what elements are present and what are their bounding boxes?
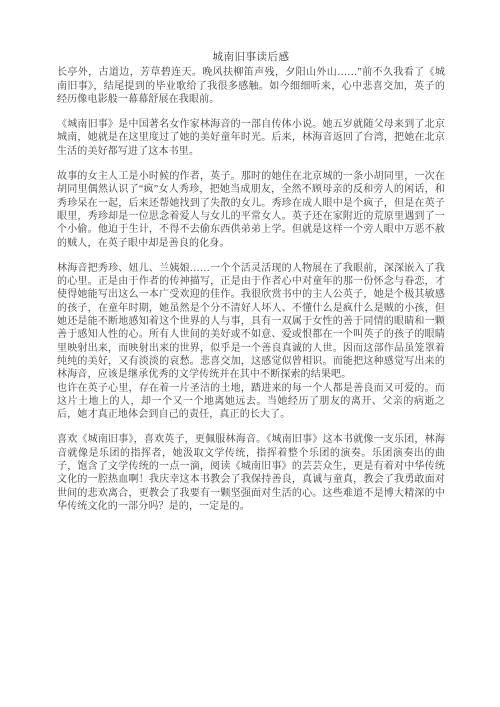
paragraph-story-summary: 故事的女主人工是小时候的作者，英子。那时的她住在北京城的一条小胡同里，一次在胡同… xyxy=(57,170,445,250)
document-title: 城南旧事读后感 xyxy=(57,51,445,64)
paragraph-book-background: 《城南旧事》是中国著名女作家林海音的一部自传体小说。她五岁就随父母来到了北京城南… xyxy=(57,118,445,158)
paragraph-conclusion: 喜欢《城南旧事》，喜欢英子，更佩服林海音。《城南旧事》这本书就像一支乐团，林海音… xyxy=(57,433,445,513)
document-page: 城南旧事读后感 长亭外，古道边，芳草碧连天。晚风扶柳笛声残，夕阳山外山……”前不… xyxy=(0,0,500,707)
paragraph-characters-analysis: 林海音把秀珍、妞儿、兰姨娘……一个个活灵活现的人物展在了我眼前，深深嵌入了我的心… xyxy=(57,262,445,382)
paragraph-growth: 也许在英子心里，存在着一片圣洁的土地，踏进来的每一个人都是善良而又可爱的。而这片… xyxy=(57,382,445,422)
paragraph-intro: 长亭外，古道边，芳草碧连天。晚风扶柳笛声残，夕阳山外山……”前不久我看了《城南旧… xyxy=(57,66,445,106)
document-body: 长亭外，古道边，芳草碧连天。晚风扶柳笛声残，夕阳山外山……”前不久我看了《城南旧… xyxy=(57,66,445,513)
